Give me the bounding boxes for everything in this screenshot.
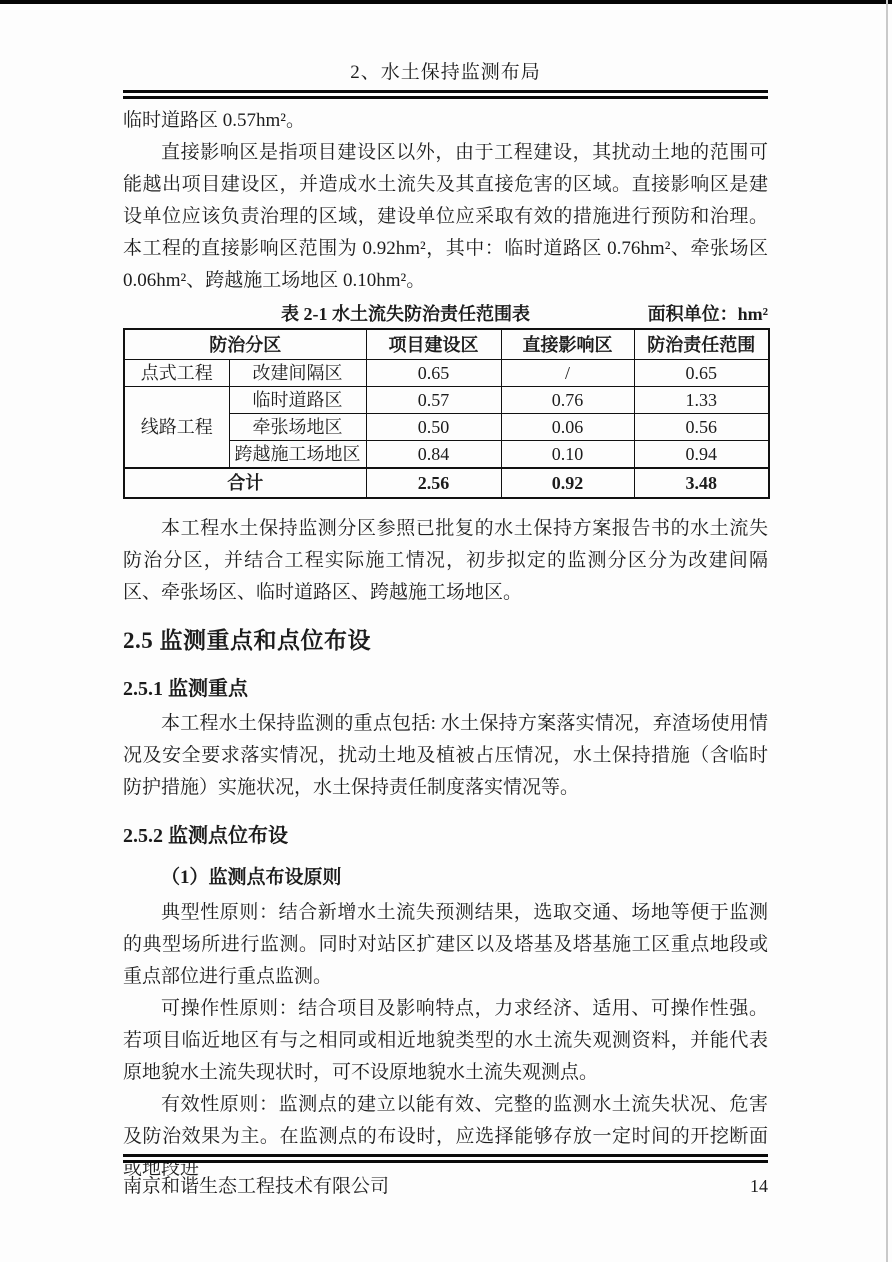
paragraph-direct-impact: 直接影响区是指项目建设区以外，由于工程建设，其扰动土地的范围可能越出项目建设区，… (123, 137, 768, 297)
page-header: 2、水土保持监测布局 (123, 0, 768, 99)
table-total-row: 合计 2.56 0.92 3.48 (124, 468, 769, 498)
value-cell: 0.56 (634, 414, 769, 441)
table-row: 线路工程 临时道路区 0.57 0.76 1.33 (124, 387, 769, 414)
value-cell: / (501, 360, 634, 387)
sub-heading-point-layout-principles: （1）监测点布设原则 (123, 863, 768, 893)
region-cell: 改建间隔区 (229, 360, 366, 387)
total-value-cell: 2.56 (366, 468, 501, 498)
value-cell: 0.10 (501, 441, 634, 469)
table-row: 点式工程 改建间隔区 0.65 / 0.65 (124, 360, 769, 387)
table-caption: 表 2-1 水土流失防治责任范围表 (281, 303, 530, 325)
value-cell: 0.06 (501, 414, 634, 441)
page-number: 14 (750, 1176, 768, 1197)
header-cell-zone: 防治分区 (124, 329, 366, 360)
group-cell: 线路工程 (124, 387, 229, 469)
value-cell: 1.33 (634, 387, 769, 414)
paragraph-monitoring-zones: 本工程水土保持监测分区参照已批复的水土保持方案报告书的水土流失防治分区，并结合工… (123, 513, 768, 609)
value-cell: 0.94 (634, 441, 769, 469)
footer-double-rule (123, 1154, 768, 1163)
paragraph-typicality-principle: 典型性原则：结合新增水土流失预测结果，选取交通、场地等便于监测的典型场所进行监测… (123, 897, 768, 993)
section-heading-2-5: 2.5 监测重点和点位布设 (123, 625, 768, 657)
paragraph-carryover: 临时道路区 0.57hm²。 (123, 105, 768, 137)
header-cell-impact: 直接影响区 (501, 329, 634, 360)
region-cell: 跨越施工场地区 (229, 441, 366, 469)
footer-company-name: 南京和谐生态工程技术有限公司 (123, 1171, 389, 1198)
paragraph-monitoring-focus: 本工程水土保持监测的重点包括: 水土保持方案落实情况，弃渣场使用情况及安全要求落… (123, 708, 768, 804)
responsibility-range-table: 防治分区 项目建设区 直接影响区 防治责任范围 点式工程 改建间隔区 0.65 … (123, 328, 770, 499)
running-header-title: 2、水土保持监测布局 (123, 60, 768, 86)
value-cell: 0.65 (366, 360, 501, 387)
group-cell: 点式工程 (124, 360, 229, 387)
value-cell: 0.65 (634, 360, 769, 387)
value-cell: 0.57 (366, 387, 501, 414)
total-value-cell: 0.92 (501, 468, 634, 498)
region-cell: 临时道路区 (229, 387, 366, 414)
table-caption-row: 表 2-1 水土流失防治责任范围表 面积单位：hm² (123, 303, 768, 325)
table-header-row: 防治分区 项目建设区 直接影响区 防治责任范围 (124, 329, 769, 360)
page-footer: 南京和谐生态工程技术有限公司 14 (123, 1150, 768, 1198)
header-cell-responsibility: 防治责任范围 (634, 329, 769, 360)
scan-right-edge-artifact (886, 0, 888, 1262)
section-heading-2-5-2: 2.5.2 监测点位布设 (123, 821, 768, 851)
section-heading-2-5-1: 2.5.1 监测重点 (123, 674, 768, 704)
page-content: 2、水土保持监测布局 临时道路区 0.57hm²。 直接影响区是指项目建设区以外… (123, 0, 768, 1185)
scanned-document-page: 2、水土保持监测布局 临时道路区 0.57hm²。 直接影响区是指项目建设区以外… (0, 0, 892, 1262)
header-double-rule (123, 90, 768, 99)
total-label-cell: 合计 (124, 468, 366, 498)
region-cell: 牵张场地区 (229, 414, 366, 441)
footer-row: 南京和谐生态工程技术有限公司 14 (123, 1171, 768, 1198)
header-cell-construction: 项目建设区 (366, 329, 501, 360)
value-cell: 0.76 (501, 387, 634, 414)
paragraph-operability-principle: 可操作性原则：结合项目及影响特点，力求经济、适用、可操作性强。若项目临近地区有与… (123, 993, 768, 1089)
total-value-cell: 3.48 (634, 468, 769, 498)
value-cell: 0.50 (366, 414, 501, 441)
value-cell: 0.84 (366, 441, 501, 469)
table-unit-label: 面积单位：hm² (648, 303, 768, 325)
